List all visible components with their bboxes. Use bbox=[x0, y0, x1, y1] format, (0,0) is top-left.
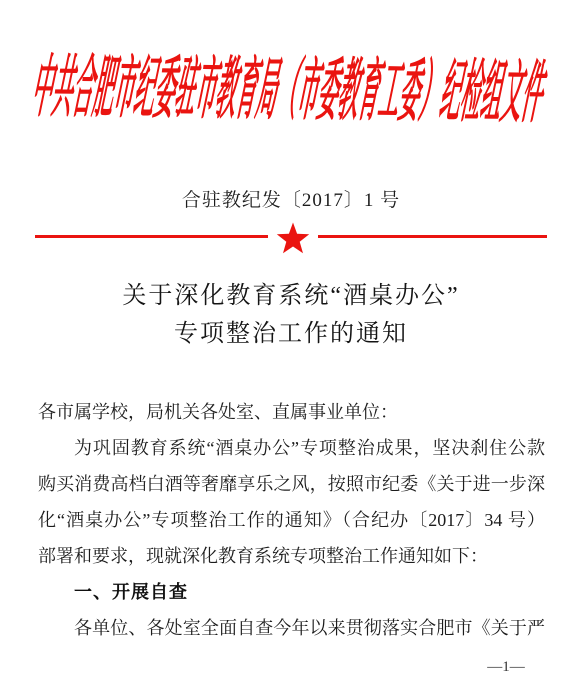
red-rule-left bbox=[35, 235, 268, 238]
body-section-heading: 一、开展自查 bbox=[38, 574, 545, 610]
body-line: 为巩固教育系统“酒桌办公”专项整治成果，坚决刹住公款 bbox=[38, 430, 545, 466]
red-rule-right bbox=[318, 235, 547, 238]
body-line: 化“酒桌办公”专项整治工作的通知》（合纪办〔2017〕34 号） bbox=[38, 502, 545, 538]
document-title: 关于深化教育系统“酒桌办公” 专项整治工作的通知 bbox=[0, 277, 582, 353]
masthead: 中共合肥市纪委驻市教育局（市委教育工委）纪检组文件 bbox=[0, 28, 582, 140]
body-line: 各单位、各处室全面自查今年以来贯彻落实合肥市《关于严 bbox=[38, 610, 545, 646]
document-body: 各市属学校，局机关各处室、直属事业单位： 为巩固教育系统“酒桌办公”专项整治成果… bbox=[38, 394, 545, 646]
document-page: 中共合肥市纪委驻市教育局（市委教育工委）纪检组文件 合驻教纪发〔2017〕1 号… bbox=[0, 0, 582, 688]
masthead-org-title: 中共合肥市纪委驻市教育局（市委教育工委）纪检组文件 bbox=[26, 33, 556, 136]
document-title-line-1: 关于深化教育系统“酒桌办公” bbox=[0, 277, 582, 315]
document-number: 合驻教纪发〔2017〕1 号 bbox=[0, 190, 582, 212]
red-star-icon bbox=[275, 222, 311, 255]
body-line: 部署和要求，现就深化教育系统专项整治工作通知如下： bbox=[38, 538, 545, 574]
document-title-line-2: 专项整治工作的通知 bbox=[0, 315, 582, 353]
page-number: —1— bbox=[460, 658, 552, 676]
body-line-salutation: 各市属学校，局机关各处室、直属事业单位： bbox=[38, 394, 545, 430]
body-line: 购买消费高档白酒等奢靡享乐之风，按照市纪委《关于进一步深 bbox=[38, 466, 545, 502]
